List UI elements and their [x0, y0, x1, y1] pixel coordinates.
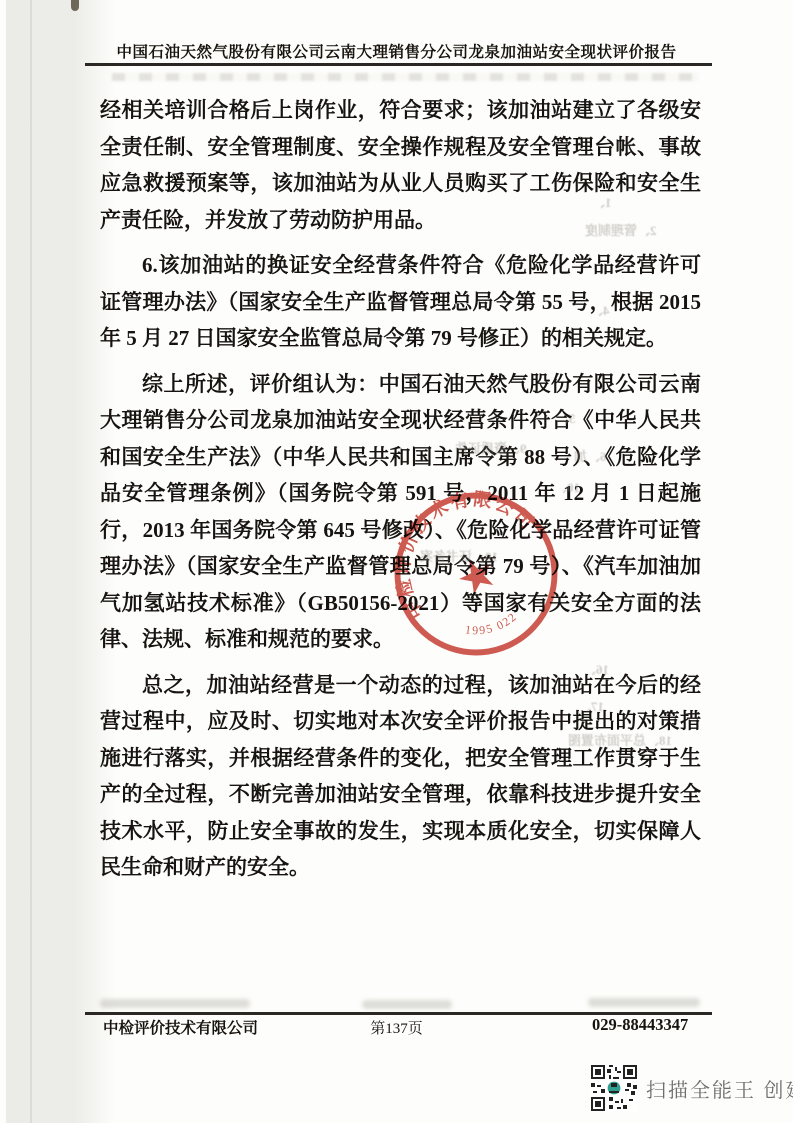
header-scan-smudge — [112, 73, 698, 81]
bleedthrough-text: 1、 — [592, 192, 612, 211]
bleedthrough-text: 2、管理制度 — [585, 220, 657, 239]
page-header-title: 中国石油天然气股份有限公司云南大理销售分公司龙泉加油站安全现状评价报告 — [0, 40, 793, 62]
bleedthrough-text: 13、 — [628, 586, 654, 605]
body-paragraph-4: 总之，加油站经营是一个动态的过程，该加油站在今后的经营过程中，应及时、切实地对本… — [100, 667, 701, 886]
bleedthrough-text: 4、 — [590, 300, 610, 319]
body-paragraph-1: 经相关培训合格后上岗作业，符合要求；该加油站建立了各级安全责任制、安全管理制度、… — [100, 92, 701, 238]
footer-company-name: 中检评价技术有限公司 — [103, 1016, 258, 1038]
bleedthrough-text: 16、 — [583, 659, 609, 678]
scan-corner-mark — [71, 0, 79, 11]
bleedthrough-text: 6、加 — [574, 446, 607, 465]
header-rule — [85, 63, 712, 66]
footer-scan-smudge — [362, 1000, 452, 1009]
body-paragraph-2: 6.该加油站的换证安全经营条件符合《危险化学品经营许可证管理办法》（国家安全生产… — [100, 247, 701, 357]
bleedthrough-text: 17、 — [578, 696, 604, 715]
bleedthrough-text: 9、资质证件 — [455, 438, 527, 457]
bleedthrough-text: 10、 — [554, 477, 580, 496]
scanned-report-page: 中国石油天然气股份有限公司云南大理销售分公司龙泉加油站安全现状评价报告 经相关培… — [0, 0, 793, 1123]
footer-scan-smudge — [100, 999, 250, 1008]
qr-code-icon — [591, 1065, 637, 1111]
svg-text:1995 022: 1995 022 — [459, 601, 521, 648]
seal-serial-text: 1995 022 — [459, 601, 521, 648]
report-body: 经相关培训合格后上岗作业，符合要求；该加油站建立了各级安全责任制、安全管理制度、… — [100, 92, 701, 895]
camscanner-watermark-label: 扫描全能王 创建 — [646, 1074, 793, 1103]
seal-star-icon: ★ — [448, 545, 506, 608]
camscanner-watermark: 扫描全能王 创建 — [591, 1065, 793, 1111]
bleedthrough-text: 5、 — [556, 408, 576, 427]
bleedthrough-text: 18、总平面布置图 — [568, 730, 672, 749]
scan-paper-edge-line — [30, 0, 32, 1123]
footer-scan-smudge — [588, 998, 700, 1007]
footer-phone-number: 029-88443347 — [592, 1015, 688, 1035]
